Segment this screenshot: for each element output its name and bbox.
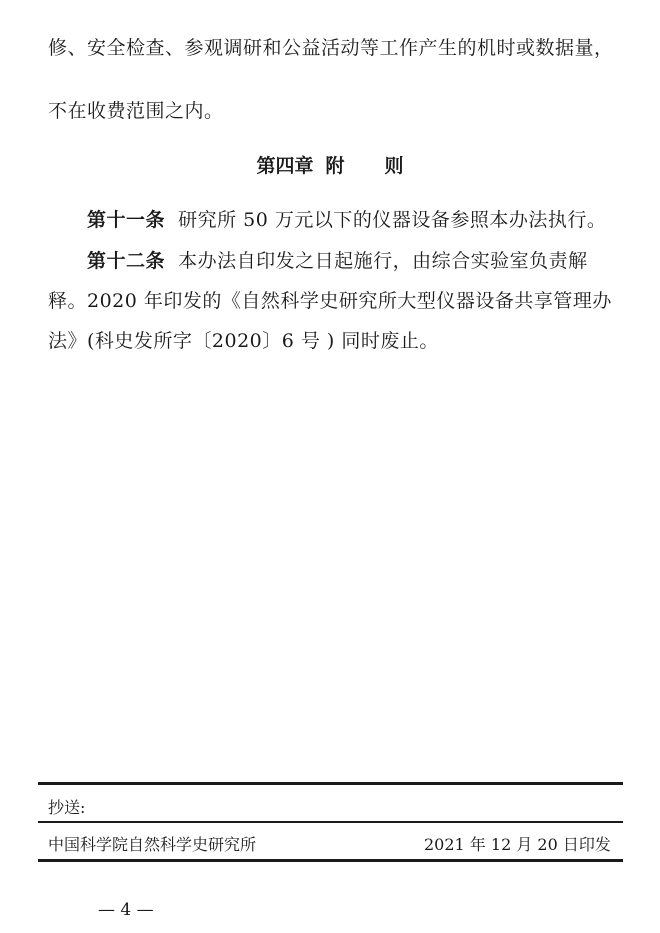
footer-middle-rule <box>38 821 623 823</box>
body-line: 法》(科史发所字〔2020〕6 号 ) 同时废止。 <box>48 326 439 353</box>
issuer-name: 中国科学院自然科学史研究所 <box>48 832 256 855</box>
body-line: 释。2020 年印发的《自然科学史研究所大型仪器设备共享管理办 <box>48 286 612 313</box>
body-line: 不在收费范围之内。 <box>48 96 224 123</box>
article-label: 第十一条 <box>87 209 165 231</box>
chapter-title-b: 则 <box>385 155 404 177</box>
footer-top-rule <box>38 782 623 785</box>
article-12: 第十二条 本办法自印发之日起施行，由综合实验室负责解 <box>87 246 588 273</box>
page-number: — 4 — <box>98 900 154 920</box>
body-line: 修、安全检查、参观调研和公益活动等工作产生的机时或数据量， <box>48 33 614 60</box>
chapter-number: 第四章 <box>256 155 313 177</box>
article-label: 第十二条 <box>87 250 165 272</box>
chapter-heading: 第四章附则 <box>0 151 660 178</box>
article-11: 第十一条 研究所 50 万元以下的仪器设备参照本办法执行。 <box>87 205 606 232</box>
article-text: 研究所 50 万元以下的仪器设备参照本办法执行。 <box>178 209 606 231</box>
issue-date: 2021 年 12 月 20 日印发 <box>424 832 611 855</box>
article-text: 本办法自印发之日起施行，由综合实验室负责解 <box>178 250 588 272</box>
cc-label: 抄送: <box>48 795 85 818</box>
chapter-title-a: 附 <box>325 155 344 177</box>
footer-bottom-rule <box>38 859 623 862</box>
